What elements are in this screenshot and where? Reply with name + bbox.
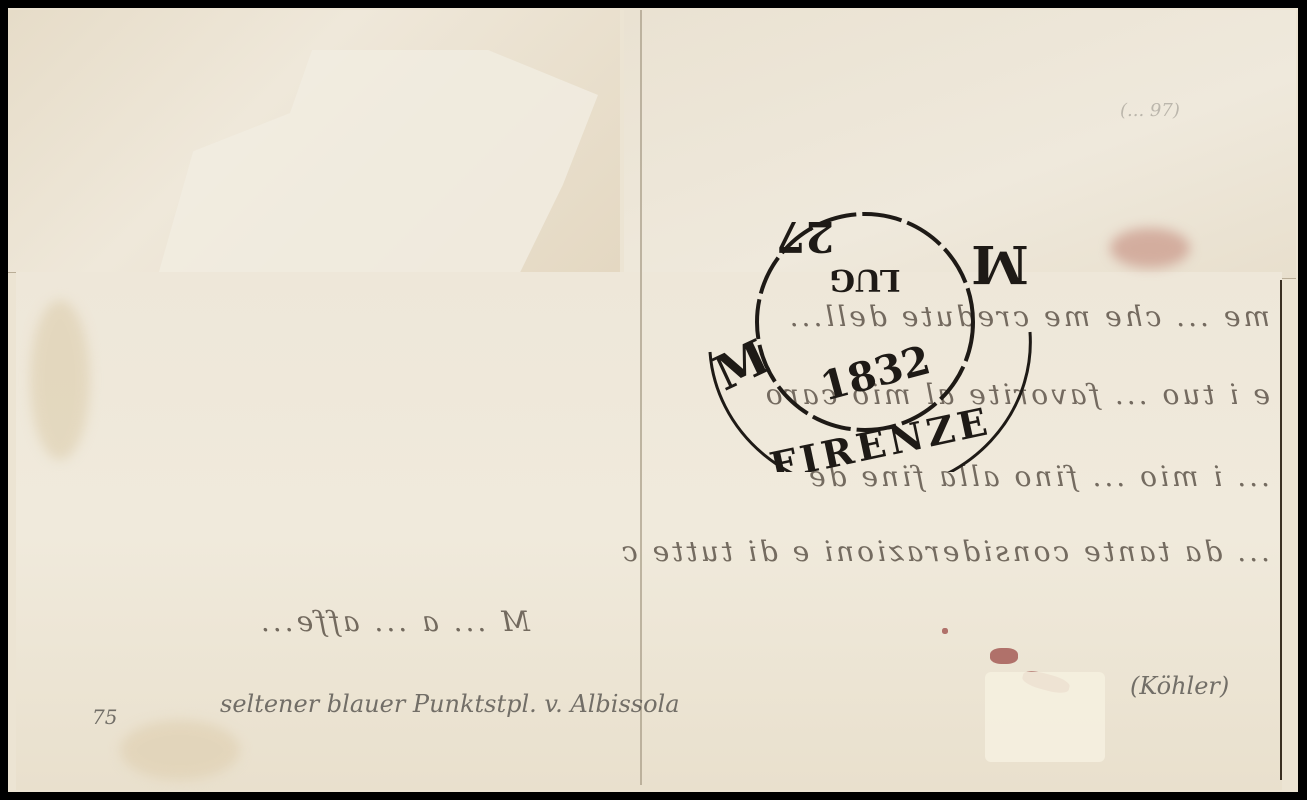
stain [1110,228,1190,268]
pencil-note-top-right: (... 97) [1120,100,1180,121]
svg-text:M: M [706,329,778,402]
svg-text:27: 27 [776,212,834,261]
bleed-through-line: M ... a ... affe... [30,605,530,638]
svg-text:LUG: LUG [829,262,900,297]
bleed-through-line: ... i mio ... fino alla fine de [30,460,1270,493]
svg-text:1832: 1832 [816,336,936,410]
stain [120,720,240,780]
right-fold-edge [1280,280,1282,780]
pencil-note-right: (Köhler) [1130,672,1229,700]
firenze-postmark: 27 LUG 1832 FIRENZE M M [700,172,1040,472]
paper-patch [985,672,1105,762]
red-ink-mark [942,628,948,634]
red-ink-mark [990,648,1018,664]
top-left-flap [8,10,620,273]
bleed-through-line: e i tuo ... favorite al mio caro [30,378,1270,411]
pencil-note-main: seltener blauer Punktstpl. v. Albissola [220,690,680,718]
torn-paper-area [158,50,598,275]
svg-text:M: M [971,233,1029,294]
bleed-through-line: me ... che me credute dell... [30,300,1270,333]
bleed-through-line: ... da tante considerazioni e di tutte c [30,535,1270,568]
pencil-note-corner: 75 [92,705,117,729]
